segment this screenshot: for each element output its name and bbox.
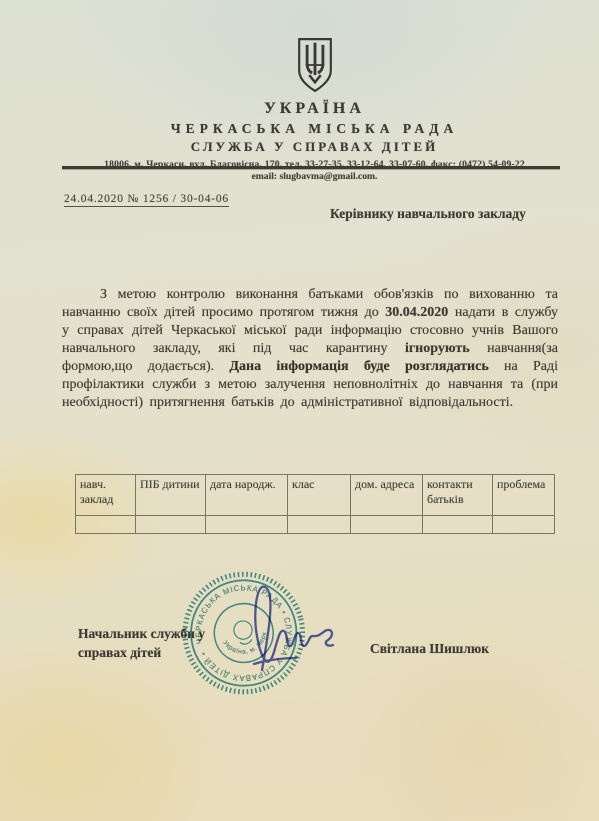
table-cell [288,516,351,534]
letterhead: УКРАЇНА ЧЕРКАСЬКА МІСЬКА РАДА СЛУЖБА У С… [30,36,599,182]
outgoing-number: 24.04.2020 № 1256 / 30-04-06 [64,193,229,207]
email-line: email: slugbavma@gmail.com. [30,171,599,182]
country-name: УКРАЇНА [30,100,599,118]
deadline-date: 30.04.2020 [385,305,448,320]
header-divider-rule [62,166,560,169]
table-cell [136,516,206,534]
tryzub-coat-of-arms-icon [292,36,338,94]
body-text-4: Дана інформація буде розглядатись [229,359,488,374]
ignore-word: ігнорують [405,341,470,356]
table-empty-row [76,516,555,534]
handwritten-signature-icon [232,574,352,684]
table-cell [493,516,555,534]
table-cell [351,516,423,534]
table-header-cell: навч. заклад [76,475,136,516]
table-header-cell: дом. адреса [351,475,423,516]
department-name: СЛУЖБА У СПРАВАХ ДІТЕЙ [30,139,599,155]
table-header-cell: ПІБ дитини [136,475,206,516]
body-paragraph: З метою контролю виконання батьками обов… [62,286,558,412]
signatory-name: Світлана Шишлюк [370,641,489,657]
table-header-row: навч. заклад ПІБ дитини дата народж. кла… [76,475,555,516]
table-header-cell: клас [288,475,351,516]
pupils-info-table: навч. заклад ПІБ дитини дата народж. кла… [75,474,555,534]
org-name: ЧЕРКАСЬКА МІСЬКА РАДА [30,121,599,137]
table-header-cell: дата народж. [206,475,288,516]
letter-content: УКРАЇНА ЧЕРКАСЬКА МІСЬКА РАДА СЛУЖБА У С… [0,0,599,821]
table-cell [423,516,493,534]
addressee-line: Керівнику навчального закладу [330,206,526,222]
scanned-letter-page: УКРАЇНА ЧЕРКАСЬКА МІСЬКА РАДА СЛУЖБА У С… [0,0,599,821]
table-header-cell: контакти батьків [423,475,493,516]
table-cell [206,516,288,534]
table-header-cell: проблема [493,475,555,516]
table-cell [76,516,136,534]
